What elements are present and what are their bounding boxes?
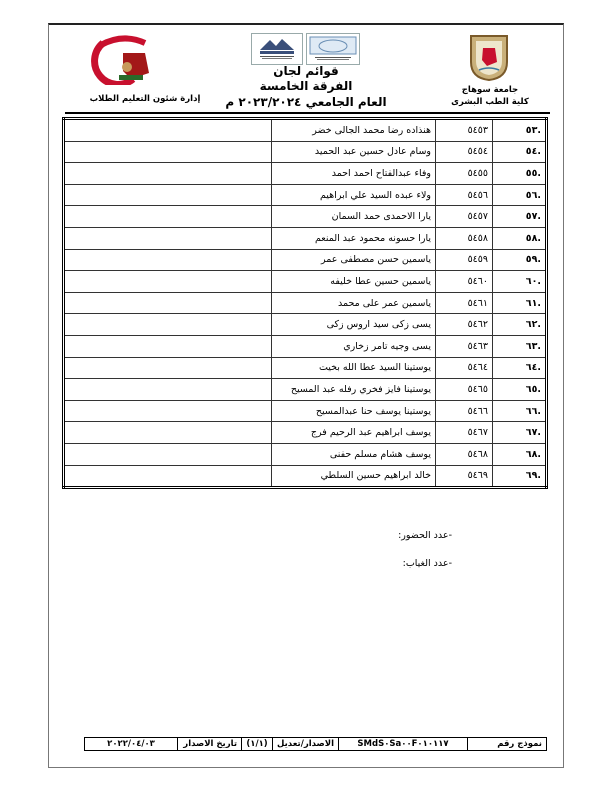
version-value: (١/١) (242, 738, 273, 751)
row-number: .٦٤ (493, 357, 547, 379)
row-number: .٥٩ (493, 249, 547, 271)
form-number: SMdS٠Sa٠٠F٠١٠١١٧ (339, 738, 468, 751)
document-title: قوائم لجان (200, 64, 412, 78)
row-number: .٦٨ (493, 443, 547, 465)
student-code: ٥٤٦٥ (436, 379, 493, 401)
version-label: الاصدار/تعديل (273, 738, 339, 751)
row-number: .٦٦ (493, 400, 547, 422)
signature-cell (64, 422, 272, 444)
student-name: وفاء عبدالفتاح احمد احمد (272, 163, 436, 185)
student-code: ٥٤٦٦ (436, 400, 493, 422)
aia-logo (306, 33, 360, 65)
signature-cell (64, 163, 272, 185)
header-divider (65, 112, 550, 114)
student-code: ٥٤٦٨ (436, 443, 493, 465)
row-number: .٦٢ (493, 314, 547, 336)
academic-year: العام الجامعي ٢٠٢٣/٢٠٢٤ م (200, 95, 412, 109)
student-name: يوستينا يوسف حنا عبدالمسيح (272, 400, 436, 422)
table-row: .٥٩٥٤٥٩ياسمين حسن مصطفى عمر (64, 249, 547, 271)
student-name: يسى زكى سيد اروس زكى (272, 314, 436, 336)
student-code: ٥٤٦٤ (436, 357, 493, 379)
table-row: .٥٦٥٤٥٦ولاء عبده السيد علي ابراهيم (64, 184, 547, 206)
student-name: ياسمين حسين عطا خليفه (272, 271, 436, 293)
row-number: .٦٠ (493, 271, 547, 293)
table-row: .٦٨٥٤٦٨يوسف هشام مسلم حفنى (64, 443, 547, 465)
row-number: .٦٧ (493, 422, 547, 444)
form-footer: نموذج رقم SMdS٠Sa٠٠F٠١٠١١٧ الاصدار/تعديل… (84, 737, 547, 751)
issue-date-label: تاريخ الاصدار (178, 738, 242, 751)
signature-cell (64, 227, 272, 249)
student-code: ٥٤٦١ (436, 292, 493, 314)
row-number: .٥٧ (493, 206, 547, 228)
signature-cell (64, 443, 272, 465)
university-name: جامعة سوهاج (440, 84, 540, 96)
student-code: ٥٤٦٠ (436, 271, 493, 293)
table-row: .٦٠٥٤٦٠ياسمين حسين عطا خليفه (64, 271, 547, 293)
signature-cell (64, 465, 272, 488)
student-code: ٥٤٥٤ (436, 141, 493, 163)
signature-cell (64, 249, 272, 271)
row-number: .٦١ (493, 292, 547, 314)
signature-cell (64, 206, 272, 228)
signature-cell (64, 379, 272, 401)
student-code: ٥٤٥٩ (436, 249, 493, 271)
table-row: .٦٣٥٤٦٣يسى وجيه تامر زخاري (64, 335, 547, 357)
student-name: خالد ابراهيم حسين السلطي (272, 465, 436, 488)
student-code: ٥٤٦٢ (436, 314, 493, 336)
student-name: ياسمين حسن مصطفى عمر (272, 249, 436, 271)
issue-date: ٢٠٢٢/٠٤/٠٣ (85, 738, 178, 751)
signature-cell (64, 292, 272, 314)
student-code: ٥٤٦٧ (436, 422, 493, 444)
student-name: يوسف هشام مسلم حفنى (272, 443, 436, 465)
row-number: .٦٥ (493, 379, 547, 401)
student-code: ٥٤٥٧ (436, 206, 493, 228)
attendance-count-label: -عدد الحضور: (398, 530, 452, 541)
signature-cell (64, 400, 272, 422)
form-number-label: نموذج رقم (468, 738, 547, 751)
student-name: وسام عادل حسين عبد الحميد (272, 141, 436, 163)
student-code: ٥٤٥٦ (436, 184, 493, 206)
table-row: .٥٨٥٤٥٨يارا حسونه محمود عبد المنعم (64, 227, 547, 249)
student-name: هنذاده رضا محمد الجالى خضر (272, 119, 436, 142)
table-row: .٥٥٥٤٥٥وفاء عبدالفتاح احمد احمد (64, 163, 547, 185)
student-name: ولاء عبده السيد علي ابراهيم (272, 184, 436, 206)
student-name: يوستينا فايز فخري رفله عبد المسيح (272, 379, 436, 401)
table-row: .٦١٥٤٦١ياسمين عمر على محمد (64, 292, 547, 314)
faculty-of-medicine-logo (83, 35, 165, 85)
signature-cell (64, 119, 272, 142)
signature-cell (64, 271, 272, 293)
table-row: .٦٤٥٤٦٤يوستينا السيد عطا الله بخيت (64, 357, 547, 379)
department-label: إدارة شئون التعليم الطلاب (85, 94, 205, 104)
table-row: .٥٤٥٤٥٤وسام عادل حسين عبد الحميد (64, 141, 547, 163)
table-row: .٦٦٥٤٦٦يوستينا يوسف حنا عبدالمسيح (64, 400, 547, 422)
row-number: .٥٤ (493, 141, 547, 163)
university-crest (467, 32, 511, 82)
student-code: ٥٤٥٣ (436, 119, 493, 142)
row-number: .٥٥ (493, 163, 547, 185)
student-code: ٥٤٦٣ (436, 335, 493, 357)
row-number: .٥٣ (493, 119, 547, 142)
row-number: .٦٩ (493, 465, 547, 488)
table-row: .٦٩٥٤٦٩خالد ابراهيم حسين السلطي (64, 465, 547, 488)
signature-cell (64, 314, 272, 336)
signature-cell (64, 184, 272, 206)
row-number: .٦٣ (493, 335, 547, 357)
class-title: الفرقة الخامسة (200, 79, 412, 93)
accreditation-logo (251, 33, 303, 65)
signature-cell (64, 141, 272, 163)
student-name: يسى وجيه تامر زخاري (272, 335, 436, 357)
student-code: ٥٤٥٥ (436, 163, 493, 185)
table-row: .٥٣٥٤٥٣هنذاده رضا محمد الجالى خضر (64, 119, 547, 142)
table-row: .٦٧٥٤٦٧يوسف ابراهيم عبد الرحيم فرج (64, 422, 547, 444)
student-code: ٥٤٦٩ (436, 465, 493, 488)
signature-cell (64, 357, 272, 379)
student-name: يوستينا السيد عطا الله بخيت (272, 357, 436, 379)
absence-count-label: -عدد الغياب: (403, 558, 452, 569)
row-number: .٥٨ (493, 227, 547, 249)
signature-cell (64, 335, 272, 357)
student-code: ٥٤٥٨ (436, 227, 493, 249)
student-name: يوسف ابراهيم عبد الرحيم فرج (272, 422, 436, 444)
faculty-name: كلية الطب البشرى (440, 96, 540, 108)
table-row: .٥٧٥٤٥٧يارا الاحمدى حمد السمان (64, 206, 547, 228)
table-row: .٦٢٥٤٦٢يسى زكى سيد اروس زكى (64, 314, 547, 336)
student-name: يارا الاحمدى حمد السمان (272, 206, 436, 228)
student-name: يارا حسونه محمود عبد المنعم (272, 227, 436, 249)
university-label: جامعة سوهاج كلية الطب البشرى (440, 84, 540, 108)
student-list-table: .٥٣٥٤٥٣هنذاده رضا محمد الجالى خضر.٥٤٥٤٥٤… (62, 117, 548, 489)
student-name: ياسمين عمر على محمد (272, 292, 436, 314)
table-row: .٦٥٥٤٦٥يوستينا فايز فخري رفله عبد المسيح (64, 379, 547, 401)
row-number: .٥٦ (493, 184, 547, 206)
